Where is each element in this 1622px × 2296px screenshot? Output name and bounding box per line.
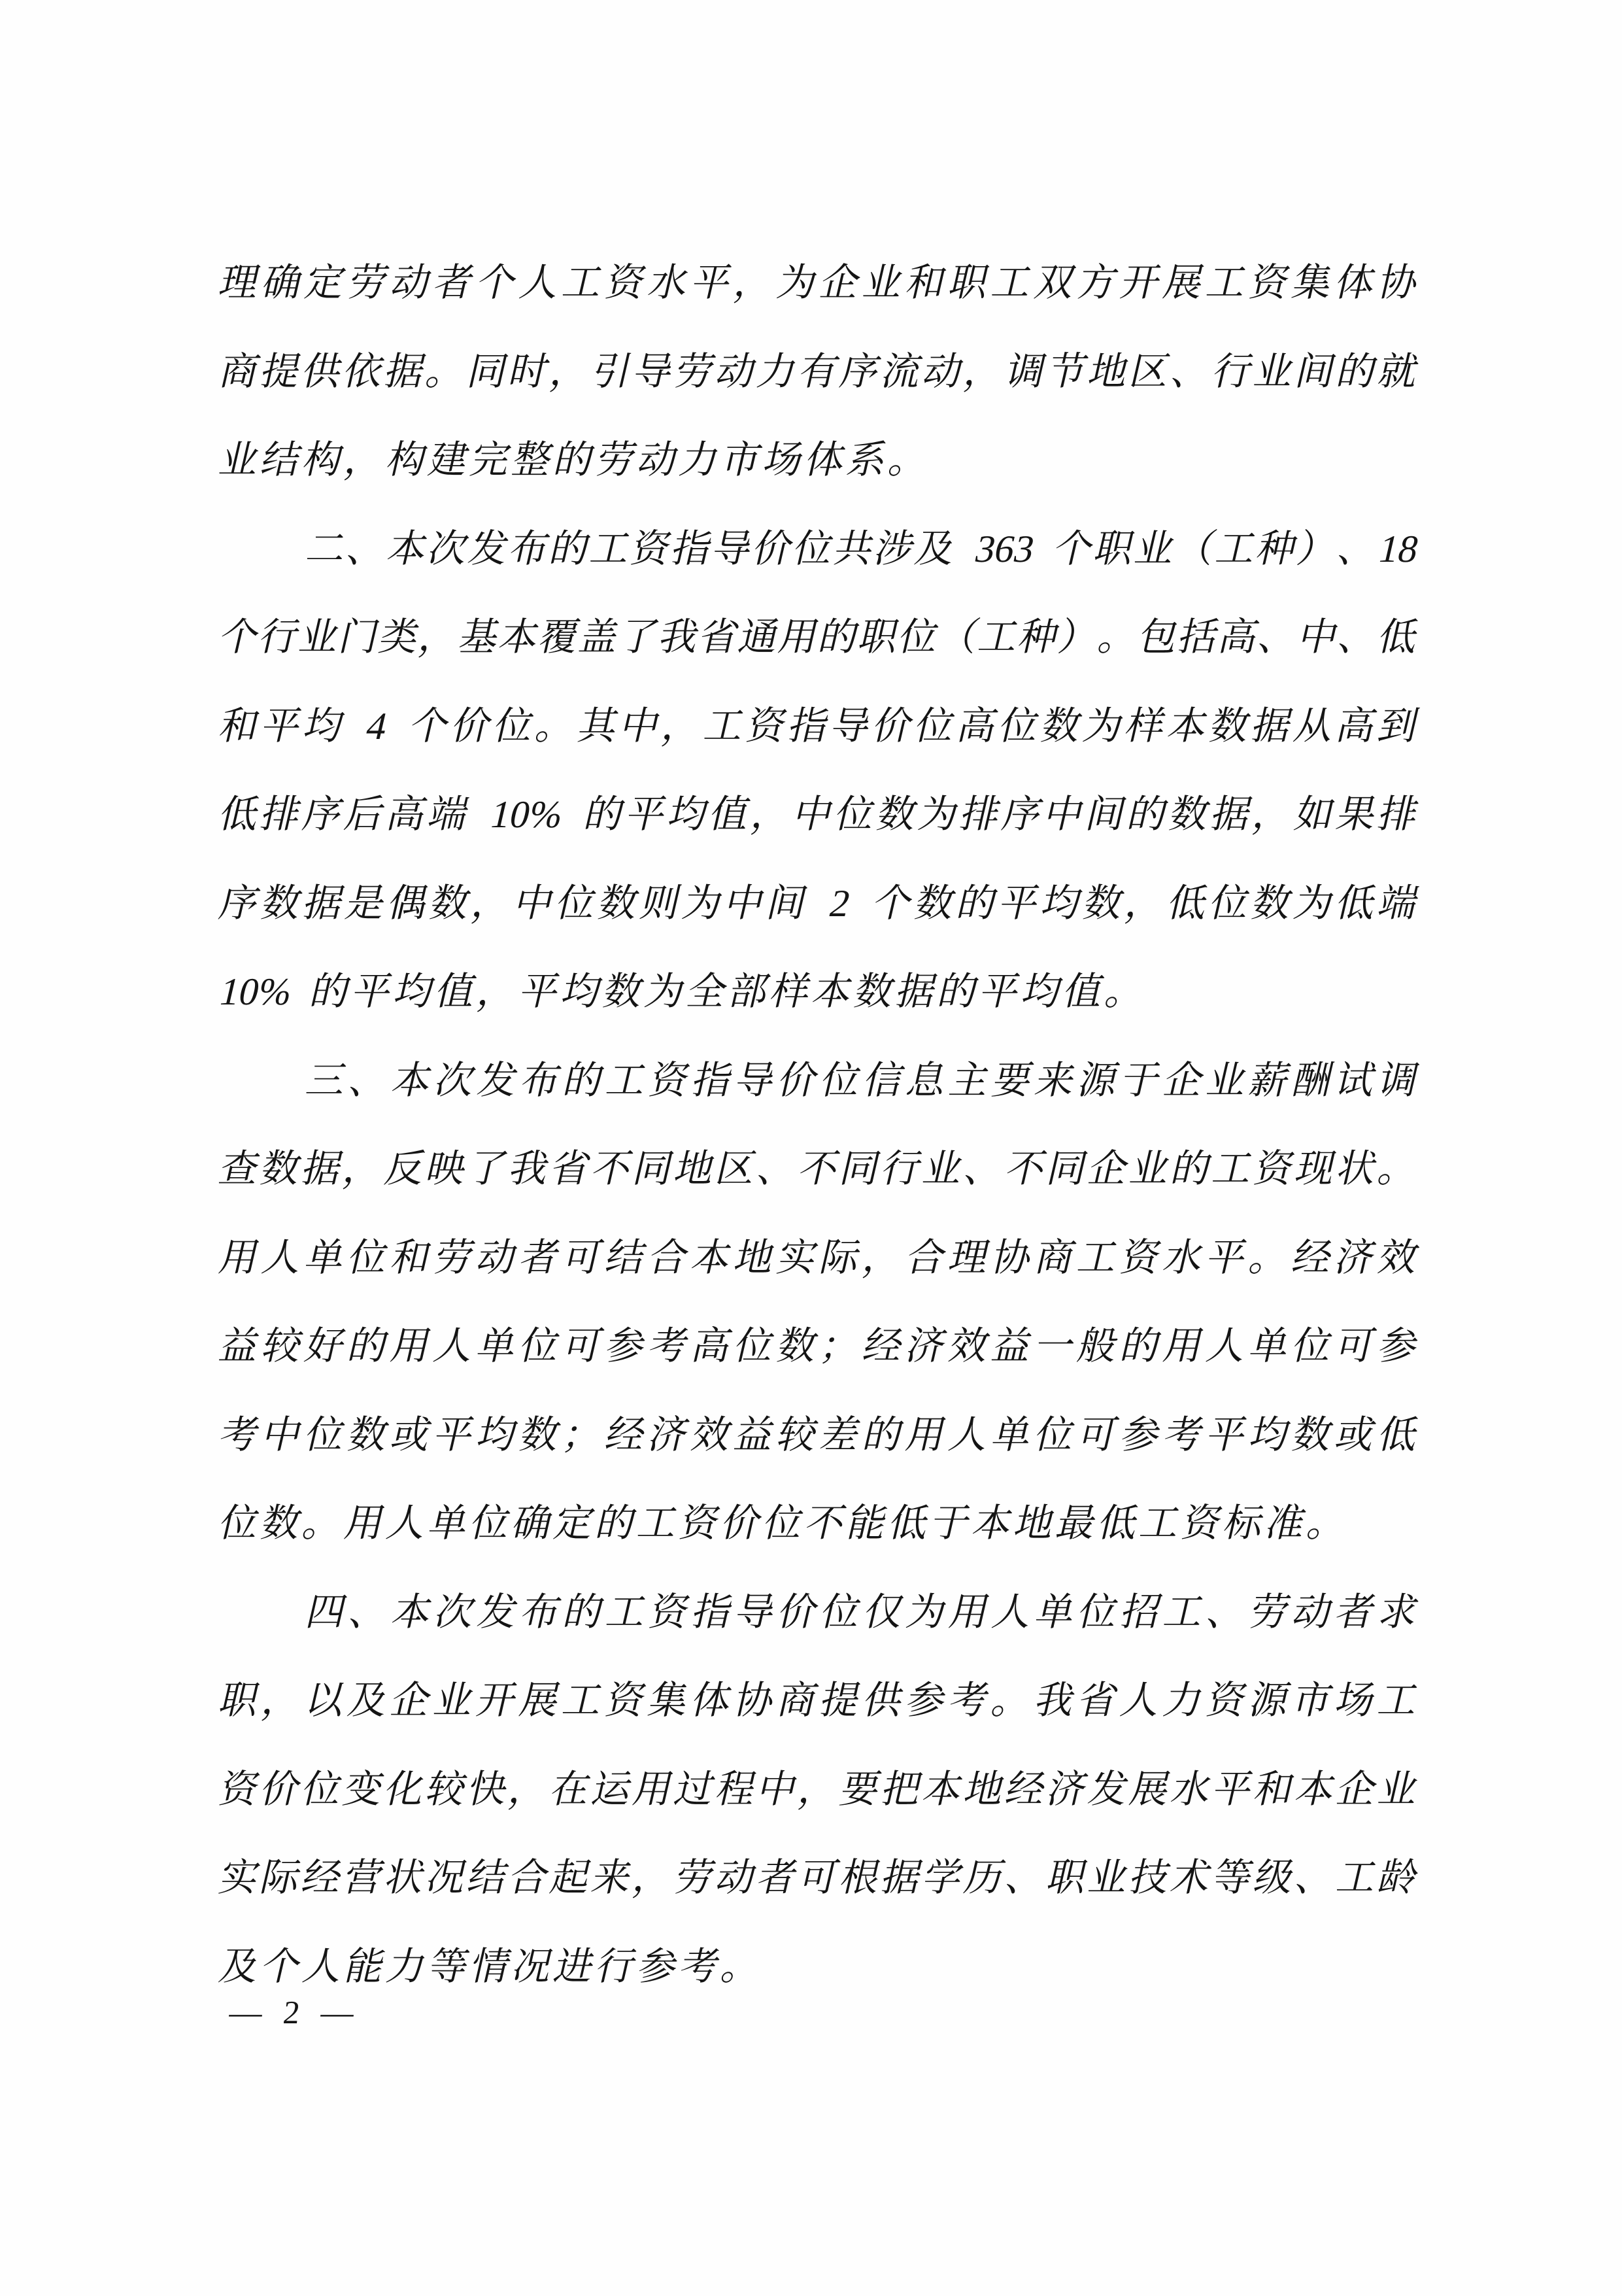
text-line-content: 三、本次发布的工资指导价位信息主要来源于企业薪酬试调 — [216, 1061, 1423, 1101]
glyph: 果 — [1333, 795, 1381, 834]
glyph: 市 — [1289, 1681, 1336, 1721]
glyph: 可 — [795, 1858, 843, 1898]
glyph: 仅 — [860, 1592, 908, 1632]
glyph: 位 — [301, 1415, 349, 1455]
glyph: 级 — [1251, 1858, 1298, 1898]
glyph: 位 — [911, 706, 959, 746]
glyph: 确 — [259, 263, 307, 303]
glyph: 平 — [258, 706, 305, 746]
glyph: 为 — [915, 795, 963, 834]
glyph: 工 — [1209, 1149, 1257, 1189]
glyph: 单 — [425, 1503, 473, 1543]
glyph: 依 — [340, 352, 388, 392]
glyph: 导 — [827, 706, 875, 746]
glyph: 构 — [299, 440, 347, 480]
glyph: 据 — [300, 883, 348, 923]
page-number: — 2 — — [228, 1994, 362, 2030]
glyph: 根 — [837, 1858, 885, 1898]
glyph: 同 — [464, 352, 512, 392]
glyph: 方 — [1074, 263, 1122, 303]
glyph: 劳 — [671, 1858, 718, 1898]
glyph: 区 — [1126, 352, 1174, 392]
glyph: 人 — [1203, 1326, 1251, 1366]
glyph: 经 — [860, 1326, 907, 1366]
glyph: 数 — [1038, 706, 1085, 746]
glyph: 场 — [760, 440, 807, 480]
text-line: 和平均 4 个价位。其中，工资指导价位高位数为样本数据从高到 — [216, 706, 1413, 795]
glyph: 。 — [299, 1503, 347, 1543]
glyph: 平 — [516, 972, 564, 1012]
glyph: 经 — [602, 1415, 650, 1455]
glyph: 历 — [961, 1858, 1009, 1898]
glyph: 的 — [307, 972, 354, 1012]
glyph: 济 — [903, 1326, 951, 1366]
glyph: 等 — [425, 1947, 473, 1987]
glyph: ， — [860, 1238, 907, 1278]
glyph: 最 — [1053, 1503, 1100, 1543]
glyph: 动 — [1289, 1592, 1337, 1632]
glyph: 均 — [1038, 883, 1085, 923]
glyph: 四 — [303, 1592, 350, 1632]
glyph: 排 — [258, 795, 305, 834]
text-line: 个行业门类，基本覆盖了我省通用的职位（工种）。包括高、中、低 — [216, 617, 1413, 706]
glyph: 双 — [1031, 263, 1079, 303]
glyph: 来 — [1032, 1061, 1079, 1101]
text-line: 四、本次发布的工资指导价位仅为用人单位招工、劳动者求 — [216, 1592, 1413, 1681]
glyph: 共 — [830, 529, 878, 569]
text-line: 商提供依据。同时，引导劳动力有序流动，调节地区、行业间的就 — [216, 352, 1413, 441]
glyph: 信 — [860, 1061, 908, 1101]
glyph: 平 — [622, 795, 670, 834]
glyph: 状 — [381, 1858, 429, 1898]
glyph: 实 — [774, 1238, 822, 1278]
glyph: 人 — [259, 1238, 307, 1278]
glyph: 序 — [837, 352, 885, 392]
text-line-content: 理确定劳动者个人工资水平，为企业和职工双方开展工资集体协 — [216, 263, 1423, 303]
glyph: 较 — [423, 1770, 471, 1809]
glyph: 数 — [911, 883, 959, 923]
glyph: 同 — [837, 1149, 885, 1189]
glyph: 节 — [1043, 352, 1091, 392]
glyph: 及 — [911, 529, 959, 569]
glyph: 数 — [345, 1415, 392, 1455]
glyph: 均 — [664, 795, 712, 834]
glyph: 商 — [774, 1681, 822, 1721]
glyph: 经 — [299, 1858, 346, 1898]
glyph: 同 — [630, 1149, 677, 1189]
glyph: 工 — [1136, 1503, 1184, 1543]
text-line-content: 和平均 4 个价位。其中，工资指导价位高位数为样本数据从高到 — [216, 706, 1423, 746]
glyph: 为 — [641, 972, 689, 1012]
glyph: 值 — [706, 795, 754, 834]
glyph: 本 — [1292, 1770, 1340, 1809]
glyph: 。 — [1304, 1503, 1351, 1543]
glyph: 位 — [832, 795, 879, 834]
glyph: 市 — [718, 440, 766, 480]
glyph: 人 — [989, 1592, 1037, 1632]
glyph: 集 — [645, 1681, 693, 1721]
text-line: 考中位数或平均数；经济效益较差的用人单位可参考平均数或低 — [216, 1415, 1413, 1504]
glyph: 般 — [1074, 1326, 1122, 1366]
text-line: 低排序后高端 10% 的平均值，中位数为排序中间的数据，如果排 — [216, 795, 1413, 883]
glyph: 业 — [1375, 1770, 1423, 1809]
glyph: 提 — [817, 1681, 864, 1721]
glyph: 况 — [423, 1858, 471, 1898]
glyph: ） — [1294, 529, 1342, 569]
glyph: 低 — [1094, 1503, 1142, 1543]
glyph: 数 — [1206, 706, 1254, 746]
glyph: 企 — [388, 1681, 435, 1721]
glyph: 本 — [1164, 706, 1212, 746]
glyph: 人 — [945, 1415, 993, 1455]
glyph: 整 — [509, 440, 556, 480]
glyph: 龄 — [1375, 1858, 1423, 1898]
glyph: 、 — [1203, 1592, 1251, 1632]
glyph: 不 — [588, 1149, 636, 1189]
glyph: 18 — [1375, 529, 1423, 569]
glyph: 样 — [1122, 706, 1170, 746]
glyph: 职 — [216, 1681, 263, 1721]
glyph: 商 — [216, 352, 263, 392]
glyph: 低 — [1375, 1415, 1423, 1455]
glyph: 数 — [1166, 795, 1213, 834]
glyph: 工 — [1160, 1592, 1208, 1632]
glyph: 、 — [346, 1592, 394, 1632]
glyph: 体 — [802, 440, 849, 480]
glyph: 同 — [1043, 1149, 1091, 1189]
glyph: 资 — [743, 706, 790, 746]
glyph: 的 — [953, 883, 1001, 923]
glyph: 企 — [817, 263, 864, 303]
glyph: 的 — [860, 1415, 907, 1455]
glyph: 平 — [430, 1415, 478, 1455]
glyph: 程 — [713, 1770, 760, 1809]
glyph: 间 — [1082, 795, 1130, 834]
glyph: 差 — [817, 1415, 864, 1455]
glyph: 能 — [843, 1503, 891, 1543]
glyph: 把 — [878, 1770, 926, 1809]
glyph: 为 — [679, 883, 727, 923]
glyph: 参 — [634, 1947, 682, 1987]
glyph: 化 — [381, 1770, 429, 1809]
glyph: 工 — [701, 706, 749, 746]
glyph: 导 — [732, 1061, 779, 1101]
glyph: 参 — [903, 1681, 951, 1721]
text-line-content: 四、本次发布的工资指导价位仅为用人单位招工、劳动者求 — [216, 1592, 1423, 1632]
glyph: 、 — [1168, 352, 1215, 392]
glyph: 主 — [946, 1061, 994, 1101]
glyph: 为 — [774, 263, 822, 303]
glyph: 位 — [516, 1326, 564, 1366]
glyph: 位 — [299, 1770, 346, 1809]
glyph: 数 — [258, 1503, 305, 1543]
glyph: 经 — [1002, 1770, 1050, 1809]
glyph: 及 — [345, 1681, 392, 1721]
glyph: 单 — [301, 1238, 349, 1278]
glyph: ， — [474, 972, 522, 1012]
glyph: 数 — [595, 883, 643, 923]
glyph: 平 — [976, 972, 1024, 1012]
glyph: 资 — [1117, 1238, 1165, 1278]
glyph: 数 — [851, 972, 898, 1012]
glyph: 后 — [341, 795, 389, 834]
glyph: 好 — [301, 1326, 349, 1366]
glyph: 系 — [843, 440, 891, 480]
glyph: 的 — [1168, 1149, 1215, 1189]
glyph: ， — [630, 1858, 677, 1898]
glyph: 数 — [1248, 883, 1296, 923]
glyph: 。 — [532, 706, 580, 746]
glyph: 个 — [1050, 529, 1098, 569]
glyph: 省 — [547, 1149, 595, 1189]
glyph: ， — [1249, 795, 1297, 834]
glyph: 较 — [259, 1326, 307, 1366]
glyph: 平 — [1203, 1238, 1251, 1278]
glyph: 本 — [388, 1061, 436, 1101]
glyph: 业 — [1131, 529, 1179, 569]
glyph: 本 — [384, 529, 431, 569]
glyph: 动 — [919, 352, 967, 392]
glyph: 定 — [301, 263, 349, 303]
glyph: 流 — [878, 352, 926, 392]
glyph: 的 — [1333, 352, 1381, 392]
glyph: 考 — [1160, 1415, 1208, 1455]
glyph: 资 — [628, 529, 675, 569]
glyph: 源 — [1246, 1681, 1294, 1721]
text-line: 业结构，构建完整的劳动力市场体系。 — [216, 440, 1413, 529]
glyph: 指 — [785, 706, 833, 746]
glyph: 排 — [957, 795, 1005, 834]
glyph: 不 — [795, 1149, 843, 1189]
text-line: 资价位变化较快，在运用过程中，要把本地经济发展水平和本企业 — [216, 1770, 1413, 1859]
glyph: 快 — [464, 1770, 512, 1809]
glyph: 用 — [630, 1770, 677, 1809]
glyph: 资 — [646, 1592, 694, 1632]
glyph: 状 — [1333, 1149, 1381, 1189]
glyph: 动 — [388, 263, 435, 303]
glyph: 均 — [300, 706, 348, 746]
glyph: 和 — [1251, 1770, 1298, 1809]
glyph: 益 — [988, 1326, 1036, 1366]
glyph: 位 — [1031, 1415, 1079, 1455]
glyph: 济 — [1043, 1770, 1091, 1809]
glyph: 营 — [340, 1858, 388, 1898]
glyph: 工 — [1333, 1858, 1381, 1898]
glyph: 序 — [216, 883, 263, 923]
glyph: 可 — [1332, 1326, 1379, 1366]
glyph: 全 — [683, 972, 731, 1012]
glyph: 工 — [1213, 529, 1260, 569]
glyph: 间 — [1292, 352, 1340, 392]
glyph: 经 — [1289, 1238, 1336, 1278]
glyph: 中 — [1041, 795, 1089, 834]
glyph: 业 — [1126, 1149, 1174, 1189]
glyph: 就 — [1375, 352, 1423, 392]
glyph: ， — [659, 706, 707, 746]
glyph: 数 — [1289, 1415, 1336, 1455]
glyph: 者 — [516, 1238, 564, 1278]
glyph: 济 — [645, 1415, 693, 1455]
glyph: 商 — [1031, 1238, 1079, 1278]
glyph: 工 — [1203, 263, 1251, 303]
glyph: 中 — [754, 1770, 802, 1809]
glyph: 中 — [721, 883, 769, 923]
glyph: 中 — [790, 795, 837, 834]
glyph: 工 — [1375, 1681, 1423, 1721]
glyph: 的 — [592, 1503, 640, 1543]
glyph: 结 — [602, 1238, 650, 1278]
glyph: 价 — [749, 529, 797, 569]
glyph: 363 — [972, 529, 1039, 569]
glyph: 劳 — [430, 1238, 478, 1278]
glyph: 考 — [645, 1326, 693, 1366]
glyph: 的 — [547, 529, 594, 569]
text-line: 益较好的用人单位可参考高位数；经济效益一般的用人单位可参 — [216, 1326, 1413, 1415]
glyph: 价 — [870, 706, 917, 746]
glyph: 布 — [517, 1592, 565, 1632]
glyph: ， — [1122, 883, 1170, 923]
glyph: 低 — [216, 795, 263, 834]
glyph: 、 — [343, 529, 391, 569]
glyph: 地 — [671, 1149, 718, 1189]
glyph: 数 — [600, 972, 647, 1012]
glyph: 单 — [473, 1326, 521, 1366]
glyph: 。 — [423, 352, 471, 392]
glyph: 试 — [1332, 1061, 1379, 1101]
text-line-content: 益较好的用人单位可参考高位数；经济效益一般的用人单位可参 — [216, 1326, 1423, 1366]
glyph: 供 — [860, 1681, 907, 1721]
glyph: 业 — [1251, 352, 1298, 392]
glyph: 我 — [1031, 1681, 1079, 1721]
glyph: 力 — [383, 1947, 431, 1987]
glyph: 的 — [934, 972, 982, 1012]
glyph: 完 — [467, 440, 515, 480]
text-line-content: 低排序后高端 10% 的平均值，中位数为排序中间的数据，如果排 — [216, 795, 1423, 834]
glyph: 数 — [426, 883, 474, 923]
glyph: 定 — [550, 1503, 598, 1543]
glyph: 低 — [1375, 617, 1423, 657]
text-line: 序数据是偶数，中位数则为中间 2 个数的平均数，低位数为低端 — [216, 883, 1413, 972]
glyph: 及 — [216, 1947, 263, 1987]
glyph: 位 — [1289, 1326, 1336, 1366]
glyph: 来 — [588, 1858, 636, 1898]
glyph: 开 — [1117, 263, 1165, 303]
glyph: 的 — [1124, 795, 1172, 834]
glyph: 引 — [588, 352, 636, 392]
glyph: 者 — [430, 263, 478, 303]
glyph: 数 — [873, 795, 921, 834]
glyph: ； — [817, 1326, 864, 1366]
glyph: 价 — [257, 1770, 305, 1809]
glyph: 位 — [760, 1503, 807, 1543]
glyph: 数 — [774, 1326, 822, 1366]
glyph: 低 — [885, 1503, 933, 1543]
glyph: 次 — [431, 1061, 479, 1101]
glyph: 涉 — [871, 529, 919, 569]
glyph: 用 — [946, 1592, 994, 1632]
glyph: 位 — [790, 529, 837, 569]
glyph: 集 — [1289, 263, 1336, 303]
text-line: 实际经营状况结合起来，劳动者可根据学历、职业技术等级、工龄 — [216, 1858, 1413, 1947]
glyph: 和 — [903, 263, 951, 303]
glyph: 协 — [731, 1681, 779, 1721]
glyph: 的 — [581, 795, 628, 834]
text-line-content: 用人单位和劳动者可结合本地实际，合理协商工资水平。经济效 — [216, 1238, 1423, 1278]
glyph: 业 — [1203, 1061, 1251, 1101]
glyph: 查 — [216, 1149, 263, 1189]
glyph: 地 — [1085, 352, 1133, 392]
glyph: 人 — [516, 263, 564, 303]
glyph: 、 — [754, 1149, 802, 1189]
glyph: 价 — [775, 1061, 822, 1101]
glyph: 较 — [774, 1415, 822, 1455]
glyph: 位 — [490, 706, 538, 746]
glyph: 业 — [216, 440, 263, 480]
text-line: 二、本次发布的工资指导价位共涉及 363 个职业（工种）、18 — [216, 529, 1413, 618]
text-line: 理确定劳动者个人工资水平，为企业和职工双方开展工资集体协 — [216, 263, 1413, 352]
page-footer: — 2 — — [228, 1993, 362, 2031]
text-line: 用人单位和劳动者可结合本地实际，合理协商工资水平。经济效 — [216, 1238, 1413, 1327]
glyph: 发 — [465, 529, 513, 569]
glyph: 工 — [559, 1681, 607, 1721]
glyph: 数 — [257, 1149, 305, 1189]
glyph: 有 — [795, 352, 843, 392]
glyph: 均 — [473, 1415, 521, 1455]
glyph: 现 — [1292, 1149, 1340, 1189]
glyph: ， — [547, 352, 595, 392]
glyph: 在 — [547, 1770, 595, 1809]
glyph: 为 — [1291, 883, 1338, 923]
glyph: 开 — [473, 1681, 521, 1721]
glyph: 进 — [550, 1947, 598, 1987]
glyph: 业 — [430, 1681, 478, 1721]
glyph: 力 — [1160, 1681, 1208, 1721]
text-line: 10% 的平均值，平均数为全部样本数据的平均值。 — [216, 972, 1413, 1061]
glyph: 人 — [299, 1947, 347, 1987]
glyph: 低 — [1332, 883, 1380, 923]
glyph: 参 — [1375, 1326, 1423, 1366]
glyph: 的 — [560, 1592, 608, 1632]
glyph: 参 — [1117, 1415, 1165, 1455]
glyph: 种 — [1253, 529, 1301, 569]
glyph: 资 — [646, 1061, 694, 1101]
glyph: 导 — [709, 529, 756, 569]
glyph: 中 — [617, 706, 664, 746]
glyph: 益 — [731, 1415, 779, 1455]
glyph: 平 — [688, 263, 735, 303]
glyph: 据 — [1248, 706, 1296, 746]
glyph: 从 — [1291, 706, 1338, 746]
glyph: ， — [259, 1681, 307, 1721]
glyph: 求 — [1375, 1592, 1423, 1632]
glyph: 动 — [634, 440, 682, 480]
glyph: 。 — [1102, 972, 1149, 1012]
glyph: 指 — [688, 1592, 736, 1632]
glyph: 行 — [1209, 352, 1257, 392]
glyph: 个 — [870, 883, 917, 923]
glyph: 导 — [630, 352, 677, 392]
glyph: ， — [731, 263, 779, 303]
glyph: 理 — [945, 1238, 993, 1278]
glyph: 合 — [505, 1858, 553, 1898]
glyph: 位 — [345, 1238, 392, 1278]
glyph: 和 — [216, 706, 263, 746]
glyph: 、 — [961, 1149, 1009, 1189]
glyph: 序 — [999, 795, 1047, 834]
glyph: 均 — [1246, 1415, 1294, 1455]
glyph: 端 — [1375, 883, 1423, 923]
glyph: 提 — [257, 352, 305, 392]
